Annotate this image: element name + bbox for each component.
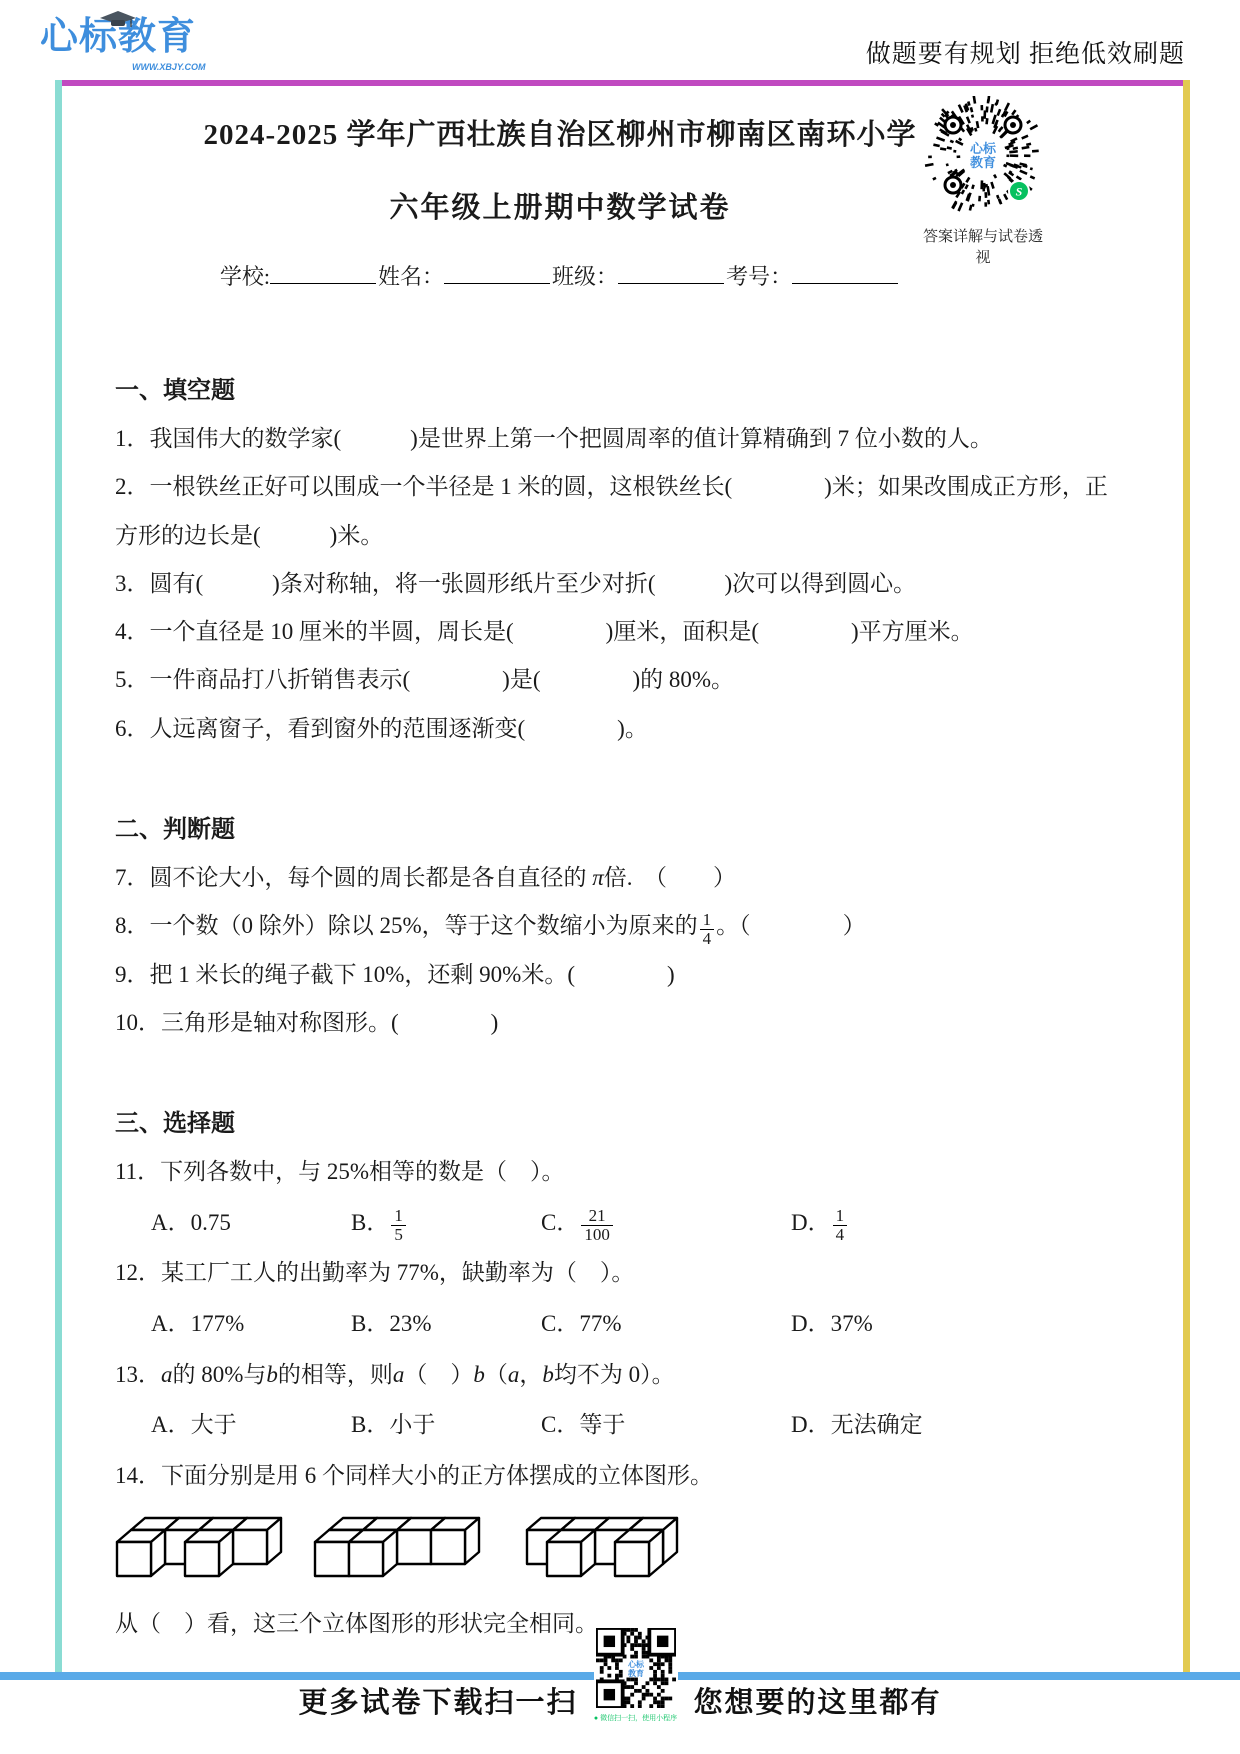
fraction: 15 [391,1207,406,1244]
choice-option: D．无法确定 [791,1399,1130,1452]
choice-option: C．等于 [541,1399,791,1452]
question: 3．圆有( )条对称轴，将一张圆形纸片至少对折( )次可以得到圆心。 [115,560,1130,608]
question-text: 的相等，则 [278,1362,393,1387]
choice-option: B．23% [351,1298,541,1351]
blank-underline [618,261,724,284]
question-text: 37% [831,1311,873,1336]
question-text: 14．下面分别是用 6 个同样大小的正方体摆成的立体图形。 [115,1463,713,1488]
option-label: D． [791,1311,831,1336]
question: 11．下列各数中，与 25%相等的数是（ ）。 [115,1148,1130,1196]
question: 4．一个直径是 10 厘米的半圆，周长是( )厘米，面积是( )平方厘米。 [115,608,1130,656]
section-heading: 二、判断题 [115,809,1130,844]
info-label: 学校: [220,264,270,289]
option-label: A． [151,1210,191,1235]
question-text: 小于 [389,1412,435,1437]
exam-title-line2: 六年级上册期中数学试卷 [115,185,1005,226]
cube-figures-row [115,1516,1130,1590]
question-text: 177% [191,1311,245,1336]
info-label: 班级： [552,264,618,289]
choice-option: A．177% [151,1298,351,1351]
choice-options-row: A．0.75B．15C．21100D．14 [115,1197,1130,1250]
frame-line-right [1183,80,1190,1678]
choice-options-row: A．大于B．小于C．等于D．无法确定 [115,1399,1130,1452]
question-text: 8．一个数（0 除外）除以 25%，等于这个数缩小为原来的 [115,913,698,938]
question-text: （ [485,1362,508,1387]
student-info-line: 学校:姓名：班级：考号： [115,260,1005,291]
question-text: 10．三角形是轴对称图形。( ) [115,1010,498,1035]
fraction: 14 [833,1207,848,1244]
option-label: B． [351,1311,389,1336]
question-text: 大于 [191,1412,237,1437]
section: 二、判断题7．圆不论大小，每个圆的周长都是各自直径的 π倍. （ ）8．一个数（… [115,809,1130,1047]
option-label: A． [151,1412,191,1437]
question: 5．一件商品打八折销售表示( )是( )的 80%。 [115,656,1130,704]
cube-figure [511,1516,679,1590]
question: 9．把 1 米长的绳子截下 10%，还剩 90%米。( ) [115,951,1130,999]
question-text: 均不为 0）。 [554,1362,675,1387]
graduation-cap-icon [98,11,138,29]
option-label: D． [791,1210,831,1235]
choice-option: B．小于 [351,1399,541,1452]
question-text: 23% [389,1311,431,1336]
section: 一、填空题1．我国伟大的数学家( )是世界上第一个把圆周率的值计算精确到 7 位… [115,370,1130,753]
logo-url: WWW.XBJY.COM [132,62,206,72]
question: 6．人远离窗子，看到窗外的范围逐渐变( )。 [115,705,1130,753]
question-text: 9．把 1 米长的绳子截下 10%，还剩 90%米。( ) [115,962,675,987]
question-text: 的 80%与 [173,1362,267,1387]
question: 8．一个数（0 除外）除以 25%，等于这个数缩小为原来的14。（ ） [115,902,1130,950]
choice-option: A．0.75 [151,1197,351,1250]
svg-text:心标: 心标 [627,1659,645,1669]
option-label: B． [351,1412,389,1437]
section: 三、选择题11．下列各数中，与 25%相等的数是（ ）。A．0.75B．15C．… [115,1103,1130,1648]
question-text: （ ） [404,1362,473,1387]
footer-qr-caption: ● 微信扫一扫，使用小程序 [594,1713,678,1723]
questions-area: 一、填空题1．我国伟大的数学家( )是世界上第一个把圆周率的值计算精确到 7 位… [115,370,1130,1648]
svg-text:S: S [1016,185,1023,199]
math-variable: a [161,1362,173,1387]
exam-title-line1: 2024-2025 学年广西壮族自治区柳州市柳南区南环小学 [115,112,1005,153]
question: 2．一根铁丝正好可以围成一个半径是 1 米的圆，这根铁丝长( )米；如果改围成正… [115,463,1130,560]
fraction: 21100 [581,1207,613,1244]
question-text: 1．我国伟大的数学家( )是世界上第一个把圆周率的值计算精确到 7 位小数的人。 [115,426,993,451]
question-text: 77% [579,1311,621,1336]
question-text: 12．某工厂工人的出勤率为 77%，缺勤率为（ ）。 [115,1260,634,1285]
footer-left-text: 更多试卷下载扫一扫 [298,1680,577,1721]
footer-qr-code: 心标教育 [596,1628,676,1708]
question-text: 5．一件商品打八折销售表示( )是( )的 80%。 [115,667,734,692]
exam-paper-page: 心标教育 WWW.XBJY.COM 做题要有规划 拒绝低效刷题 2024-202… [0,0,1240,1754]
question: 13．a的 80%与b的相等，则a（ ）b（a，b均不为 0）。 [115,1351,1130,1399]
svg-text:心标: 心标 [970,141,997,156]
section-heading: 三、选择题 [115,1103,1130,1138]
footer-right-text: 您想要的这里都有 [694,1680,942,1721]
info-field: 学校: [220,260,378,291]
choice-option: D．14 [791,1197,1130,1250]
choice-options-row: A．177%B．23%C．77%D．37% [115,1298,1130,1351]
xbjy-logo: 心标教育 WWW.XBJY.COM [40,18,260,78]
question-text: 等于 [579,1412,625,1437]
question-text: 11．下列各数中，与 25%相等的数是（ ）。 [115,1159,565,1184]
option-label: C． [541,1412,579,1437]
info-field: 姓名： [378,260,552,291]
math-variable: b [473,1362,485,1387]
question: 10．三角形是轴对称图形。( ) [115,999,1130,1047]
option-label: D． [791,1412,831,1437]
question-text: 无法确定 [831,1412,923,1437]
svg-text:教育: 教育 [969,155,996,170]
question-text: 倍. （ ） [604,865,736,890]
svg-text:教育: 教育 [627,1668,644,1678]
option-label: C． [541,1210,579,1235]
header-slogan: 做题要有规划 拒绝低效刷题 [866,34,1185,70]
frame-line-top [55,80,1190,86]
fraction: 14 [700,911,715,948]
question-text: 2．一根铁丝正好可以围成一个半径是 1 米的圆，这根铁丝长( )米；如果改围成正… [115,474,1108,547]
question-text: 。（ ） [716,913,866,938]
wechat-suncode-qr: 心标教育S [924,96,1042,214]
question-text: 13． [115,1362,161,1387]
question-text: 4．一个直径是 10 厘米的半圆，周长是( )厘米，面积是( )平方厘米。 [115,619,974,644]
math-variable: b [542,1362,554,1387]
info-label: 考号： [726,264,792,289]
math-variable: a [508,1362,520,1387]
question: 1．我国伟大的数学家( )是世界上第一个把圆周率的值计算精确到 7 位小数的人。 [115,415,1130,463]
blank-underline [270,261,376,284]
frame-line-left [55,80,62,1678]
title-block: 2024-2025 学年广西壮族自治区柳州市柳南区南环小学 六年级上册期中数学试… [115,112,1005,291]
question-text: 6．人远离窗子，看到窗外的范围逐渐变( )。 [115,716,648,741]
option-label: C． [541,1311,579,1336]
blank-underline [444,261,550,284]
footer-qr-block: 心标教育 ● 微信扫一扫，使用小程序 [594,1628,678,1723]
question-text: 0.75 [191,1210,231,1235]
qr-caption: 答案详解与试卷透视 [918,225,1048,267]
choice-option: B．15 [351,1197,541,1250]
cube-figure [115,1516,283,1590]
choice-option: D．37% [791,1298,1130,1351]
info-field: 班级： [552,260,726,291]
math-variable: b [266,1362,278,1387]
choice-option: C．21100 [541,1197,791,1250]
info-field: 考号： [726,260,900,291]
math-variable: a [393,1362,405,1387]
question-text: 3．圆有( )条对称轴，将一张圆形纸片至少对折( )次可以得到圆心。 [115,571,916,596]
answer-qr-block: 心标教育S 答案详解与试卷透视 [918,96,1048,267]
option-label: B． [351,1210,389,1235]
question: 7．圆不论大小，每个圆的周长都是各自直径的 π倍. （ ） [115,854,1130,902]
blank-underline [792,261,898,284]
question-text: ， [519,1362,542,1387]
choice-option: C．77% [541,1298,791,1351]
math-variable: π [592,865,604,890]
option-label: A． [151,1311,191,1336]
cube-figure [313,1516,481,1590]
choice-option: A．大于 [151,1399,351,1452]
info-label: 姓名： [378,264,444,289]
question: 14．下面分别是用 6 个同样大小的正方体摆成的立体图形。 [115,1452,1130,1500]
section-heading: 一、填空题 [115,370,1130,405]
question-text: 7．圆不论大小，每个圆的周长都是各自直径的 [115,865,592,890]
question: 12．某工厂工人的出勤率为 77%，缺勤率为（ ）。 [115,1249,1130,1297]
footer: 更多试卷下载扫一扫 心标教育 ● 微信扫一扫，使用小程序 您想要的这里都有 [0,1628,1240,1723]
